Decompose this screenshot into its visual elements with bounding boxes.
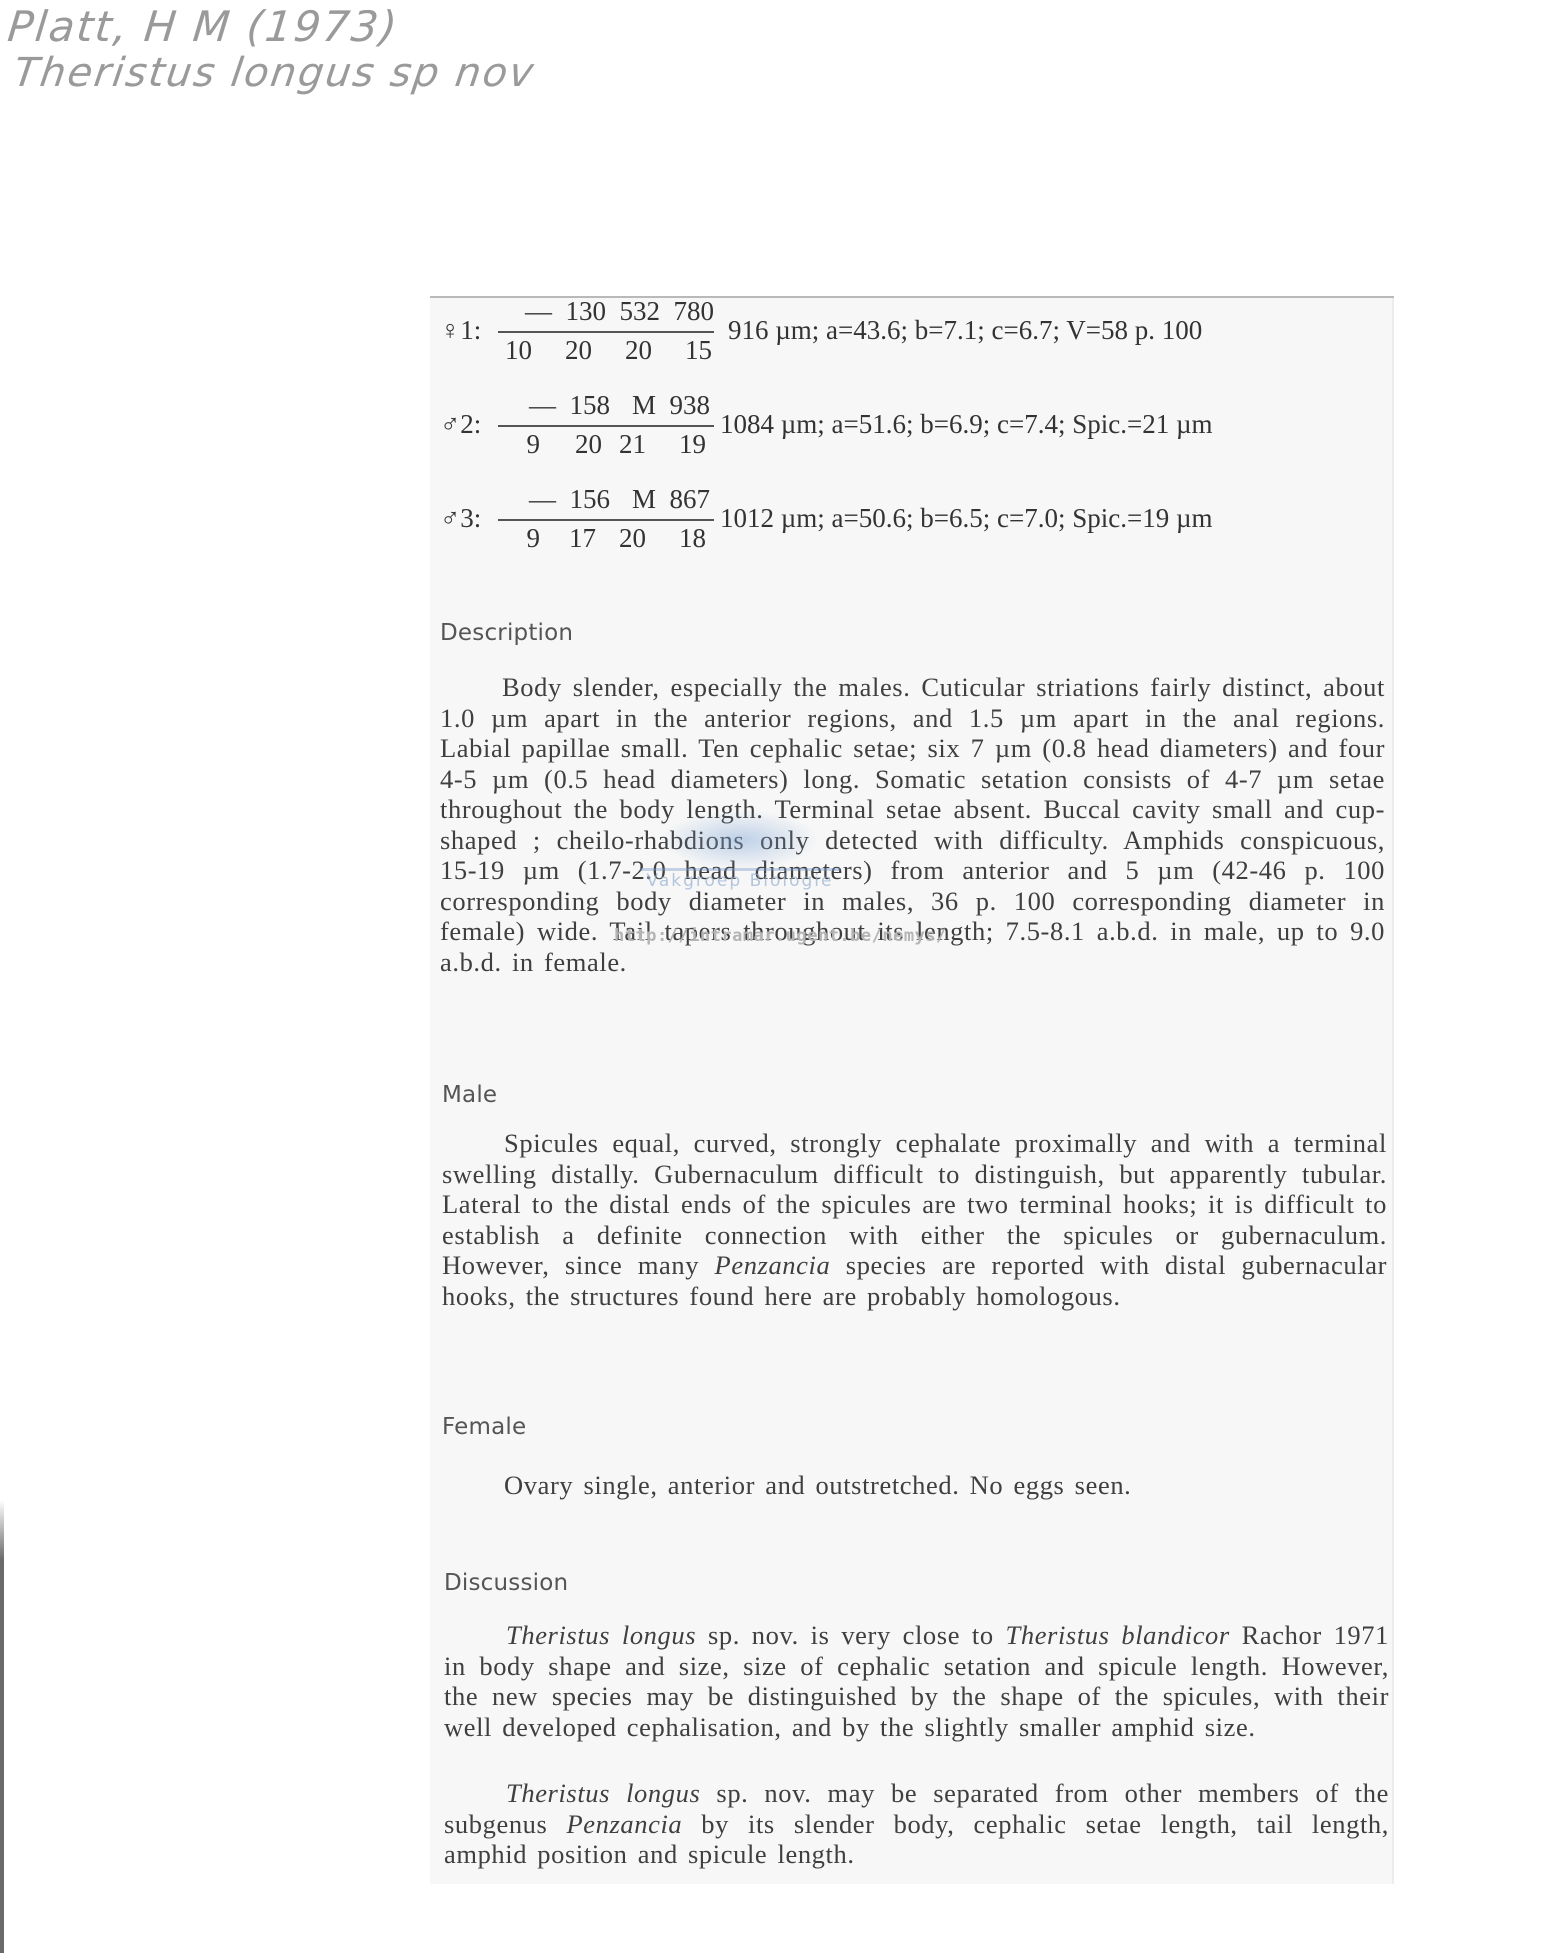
- numerator-cell: 867: [656, 484, 710, 515]
- scan-edge: [0, 0, 4, 1953]
- numerator-cell: —: [502, 390, 556, 421]
- formula-result: 1084 µm; a=51.6; b=6.9; c=7.4; Spic.=21 …: [720, 409, 1213, 440]
- fraction-denominator: 9 20 21 19: [498, 429, 714, 461]
- female-paragraph: Ovary single, anterior and outstretched.…: [442, 1470, 1387, 1501]
- de-man-formula-female-1: ♀1: — 130 532 780 10 20 20 15 916 µm; a=…: [440, 296, 1400, 370]
- denominator-cell: 21: [592, 429, 646, 460]
- formula-result: 1012 µm; a=50.6; b=6.5; c=7.0; Spic.=19 …: [720, 503, 1213, 534]
- species-name: Theristus longus: [506, 1620, 696, 1650]
- denominator-cell: 20: [538, 335, 592, 366]
- numerator-cell: —: [498, 296, 552, 327]
- genus-name: Penzancia: [715, 1250, 831, 1280]
- discussion-text: sp. nov. is very close to: [696, 1620, 1005, 1650]
- denominator-cell: 15: [658, 335, 712, 366]
- fraction-bar: [498, 519, 714, 521]
- heading-discussion: Discussion: [444, 1570, 568, 1596]
- formula-result: 916 µm; a=43.6; b=7.1; c=6.7; V=58 p. 10…: [728, 315, 1202, 346]
- numerator-cell: —: [502, 484, 556, 515]
- discussion-paragraph-1: Theristus longus sp. nov. is very close …: [444, 1620, 1389, 1742]
- specimen-label: ♂2:: [440, 409, 481, 440]
- heading-male: Male: [442, 1082, 497, 1108]
- specimen-label: ♂3:: [440, 503, 481, 534]
- handwritten-citation: Platt, H M (1973): [5, 2, 401, 51]
- denominator-cell: 20: [598, 335, 652, 366]
- fraction-bar: [498, 425, 714, 427]
- numerator-cell: M: [602, 484, 656, 515]
- male-paragraph: Spicules equal, curved, strongly cephala…: [442, 1128, 1387, 1311]
- species-name: Theristus longus: [506, 1778, 700, 1808]
- fraction-numerator: — 158 M 938: [498, 390, 714, 422]
- denominator-cell: 17: [542, 523, 596, 554]
- discussion-paragraph-2: Theristus longus sp. nov. may be separat…: [444, 1778, 1389, 1870]
- numerator-cell: 938: [656, 390, 710, 421]
- denominator-cell: 20: [592, 523, 646, 554]
- species-name: Theristus blandicor: [1006, 1620, 1230, 1650]
- measurement-fraction: — 156 M 867 9 17 20 18: [498, 484, 714, 558]
- heading-female: Female: [442, 1414, 526, 1440]
- denominator-cell: 9: [486, 523, 540, 554]
- measurement-fraction: — 158 M 938 9 20 21 19: [498, 390, 714, 464]
- paper-page: ♀1: — 130 532 780 10 20 20 15 916 µm; a=…: [430, 296, 1394, 1884]
- watermark-url: http://intramar.ugent.be/nemys/: [614, 926, 947, 946]
- heading-description: Description: [440, 620, 573, 646]
- measurement-fraction: — 130 532 780 10 20 20 15: [498, 296, 714, 370]
- specimen-label: ♀1:: [440, 315, 481, 346]
- numerator-cell: 532: [606, 296, 660, 327]
- genus-name: Penzancia: [566, 1809, 682, 1839]
- denominator-cell: 18: [652, 523, 706, 554]
- fraction-numerator: — 130 532 780: [498, 296, 714, 328]
- numerator-cell: 130: [552, 296, 606, 327]
- fraction-denominator: 10 20 20 15: [498, 335, 714, 367]
- numerator-cell: 780: [660, 296, 714, 327]
- denominator-cell: 19: [652, 429, 706, 460]
- fraction-bar: [498, 331, 714, 333]
- handwritten-species-name: Theristus longus sp nov: [11, 50, 539, 96]
- denominator-cell: 10: [478, 335, 532, 366]
- fraction-denominator: 9 17 20 18: [498, 523, 714, 555]
- denominator-cell: 9: [486, 429, 540, 460]
- de-man-formula-male-2: ♂2: — 158 M 938 9 20 21 19 1084 µm; a=51…: [440, 390, 1400, 464]
- numerator-cell: M: [602, 390, 656, 421]
- fraction-numerator: — 156 M 867: [498, 484, 714, 516]
- de-man-formula-male-3: ♂3: — 156 M 867 9 17 20 18 1012 µm; a=50…: [440, 484, 1400, 558]
